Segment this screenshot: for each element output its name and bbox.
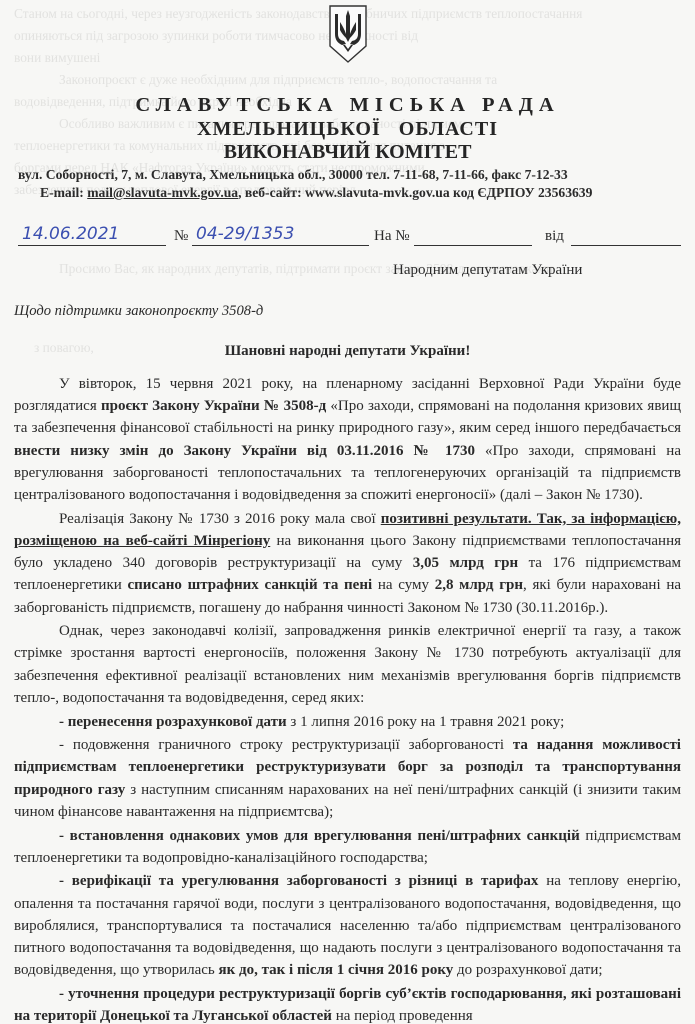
number-label: № <box>174 228 188 245</box>
bleed-line: Законопроєкт є дуже необхідним для підпр… <box>14 70 681 89</box>
bold-text: внести низку змін до Закону України від … <box>14 443 475 459</box>
text: до розрахункової дати; <box>453 962 602 978</box>
bold-text: 2,8 млрд грн <box>435 577 523 593</box>
text: на суму <box>372 577 435 593</box>
trident-emblem-icon <box>327 4 369 64</box>
bold-text: - встановлення однакових умов для врегул… <box>59 828 580 844</box>
committee-name: ВИКОНАВЧИЙ КОМІТЕТ <box>0 141 695 164</box>
website-and-code: , веб-сайт: www.slavuta-mvk.gov.ua код Є… <box>238 185 592 200</box>
list-item: - уточнення процедури реструктуризації б… <box>14 983 681 1024</box>
contact-line: E-mail: mail@slavuta-mvk.gov.ua, веб-сай… <box>40 185 592 201</box>
from-field <box>571 223 681 246</box>
subject-line: Щодо підтримки законопроєкту 3508-д <box>14 303 263 320</box>
salutation: Шановні народні депутати України! <box>0 343 695 360</box>
text: Реалізація Закону № 1730 з 2016 року мал… <box>59 511 381 527</box>
bold-text: - верифікації та урегулювання заборгован… <box>59 873 538 889</box>
text: на період проведення <box>332 1008 473 1024</box>
text: - подовження граничного строку реструкту… <box>59 737 513 753</box>
from-label: від <box>545 228 564 245</box>
council-address: вул. Соборності, 7, м. Славута, Хмельниц… <box>18 167 568 183</box>
bold-text: 3,05 млрд грн <box>413 555 518 571</box>
email-link[interactable]: mail@slavuta-mvk.gov.ua <box>87 185 238 200</box>
email-label: E-mail: <box>40 185 87 200</box>
bold-text: як до, так і після 1 січня 2016 року <box>219 962 454 978</box>
list-item: - встановлення однакових умов для врегул… <box>14 825 681 869</box>
bold-text: проєкт Закону України № 3508-д <box>101 398 326 414</box>
number-field: 04-29/1353 <box>192 223 369 246</box>
handwritten-number: 04-29/1353 <box>196 224 294 244</box>
paragraph: Однак, через законодавчі колізії, запров… <box>14 620 681 709</box>
paragraph: Реалізація Закону № 1730 з 2016 року мал… <box>14 508 681 619</box>
council-name: СЛАВУТСЬКА МІСЬКА РАДА <box>0 94 695 117</box>
date-field: 14.06.2021 <box>18 223 166 246</box>
region-name: ХМЕЛЬНИЦЬКОЇОБЛАСТІ <box>0 118 695 141</box>
bold-text: - перенесення розрахункової дати <box>59 714 287 730</box>
handwritten-date: 14.06.2021 <box>22 224 119 244</box>
list-item: - верифікації та урегулювання заборгован… <box>14 870 681 981</box>
incoming-label: На № <box>374 228 410 245</box>
region-name-part: ХМЕЛЬНИЦЬКОЇ <box>197 118 381 140</box>
incoming-field <box>414 223 532 246</box>
list-item: - перенесення розрахункової дати з 1 лип… <box>14 711 681 733</box>
letter-body: У вівторок, 15 червня 2021 року, на плен… <box>14 373 681 1024</box>
paragraph: У вівторок, 15 червня 2021 року, на плен… <box>14 373 681 506</box>
bold-text: списано штрафних санкцій та пені <box>127 577 372 593</box>
reference-line: 14.06.2021 № 04-29/1353 На № від <box>14 223 681 249</box>
text: з 1 липня 2016 року на 1 травня 2021 рок… <box>287 714 565 730</box>
addressee: Народним депутатам України <box>393 262 582 279</box>
list-item: - подовження граничного строку реструкту… <box>14 734 681 823</box>
region-name-part: ОБЛАСТІ <box>399 118 498 140</box>
